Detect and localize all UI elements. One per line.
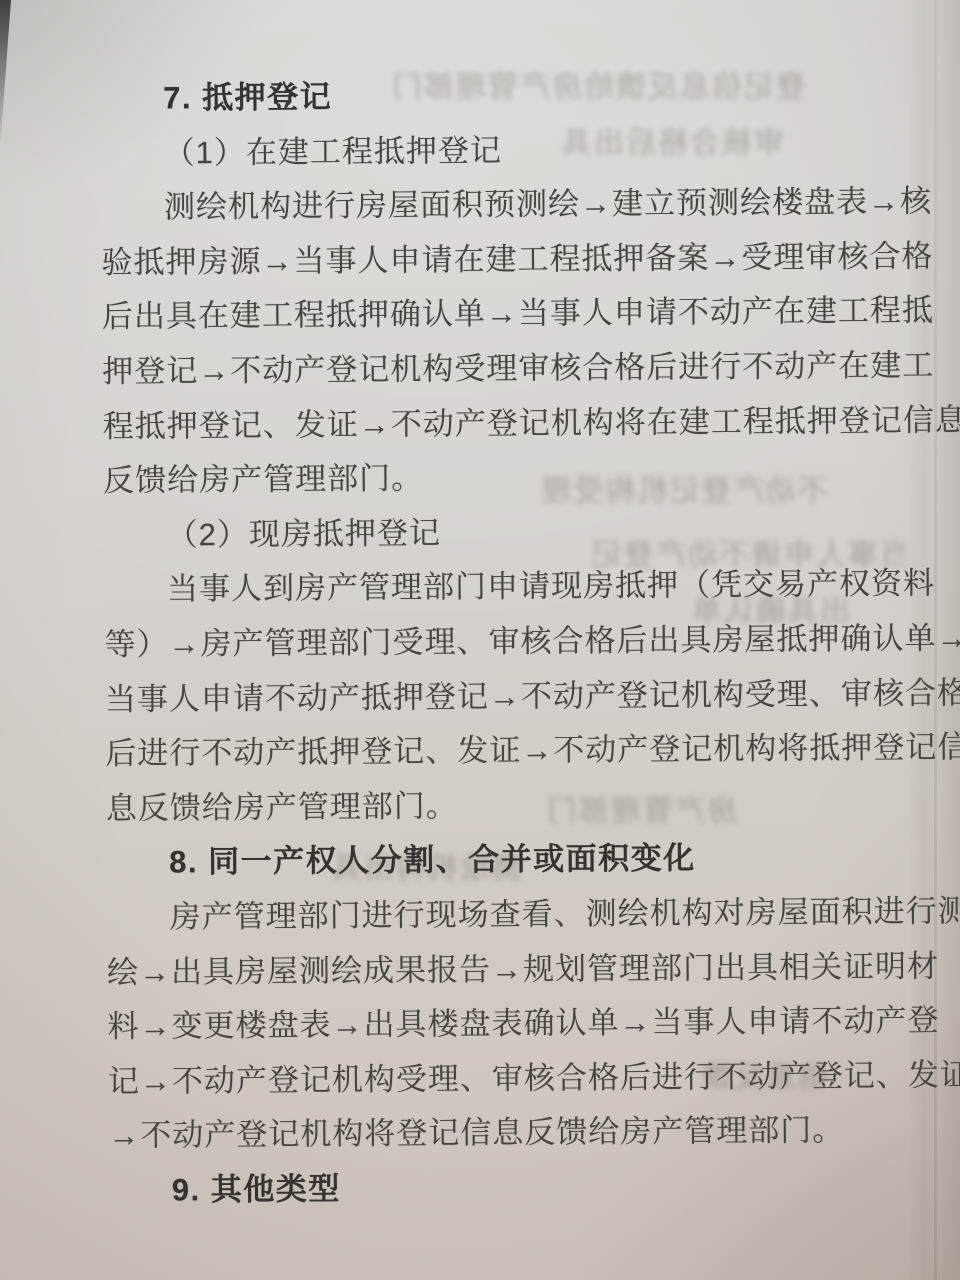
body-line: 房产管理部门进行现场查看、测绘机构对房屋面积进行测 [106,884,946,945]
body-line: 后出具在建工程抵押确认单→当事人申请不动产在建工程抵 [102,284,942,345]
document-page: 登记信息反馈给房产管理部门审核合格后出具不动产登记机构受理当事人申请不动产登记出… [0,0,960,1280]
body-line: 当事人到房产管理部门申请现房抵押（凭交易产权资料 [104,557,944,618]
heading-line: 7. 抵押登记 [100,65,940,126]
subheading-line: （1）在建工程抵押登记 [100,120,940,181]
heading-line: 8. 同一产权人分割、合并或面积变化 [106,830,946,891]
body-line: 当事人申请不动产抵押登记→不动产登记机构受理、审核合格 [105,666,945,727]
body-line: 后进行不动产抵押登记、发证→不动产登记机构将抵押登记信 [105,721,945,782]
document-text: 7. 抵押登记（1）在建工程抵押登记测绘机构进行房屋面积预测绘→建立预测绘楼盘表… [100,65,949,1218]
body-line: 验抵押房源→当事人申请在建工程抵押备案→受理审核合格 [101,229,941,290]
page-crease-line [934,0,937,1280]
body-line: 绘→出具房屋测绘成果报告→规划管理部门出具相关证明材 [107,939,947,1000]
body-line: 押登记→不动产登记机构受理审核合格后进行不动产在建工 [102,338,942,399]
heading-line: 9. 其他类型 [109,1157,949,1218]
body-line: 反馈给房产管理部门。 [103,448,943,509]
body-line: 料→变更楼盘表→出具楼盘表确认单→当事人申请不动产登 [107,993,947,1054]
subheading-line: （2）现房抵押登记 [103,502,943,563]
body-line: →不动产登记机构将登记信息反馈给房产管理部门。 [108,1103,948,1164]
body-line: 程抵押登记、发证→不动产登记机构将在建工程抵押登记信息 [103,393,943,454]
body-line: 测绘机构进行房屋面积预测绘→建立预测绘楼盘表→核 [101,175,941,236]
body-line: 等）→房产管理部门受理、审核合格后出具房屋抵押确认单→ [104,611,944,672]
body-line: 记→不动产登记机构受理、审核合格后进行不动产登记、发证 [108,1048,948,1109]
body-line: 息反馈给房产管理部门。 [106,775,946,836]
photo-corner-shadow [0,0,11,150]
